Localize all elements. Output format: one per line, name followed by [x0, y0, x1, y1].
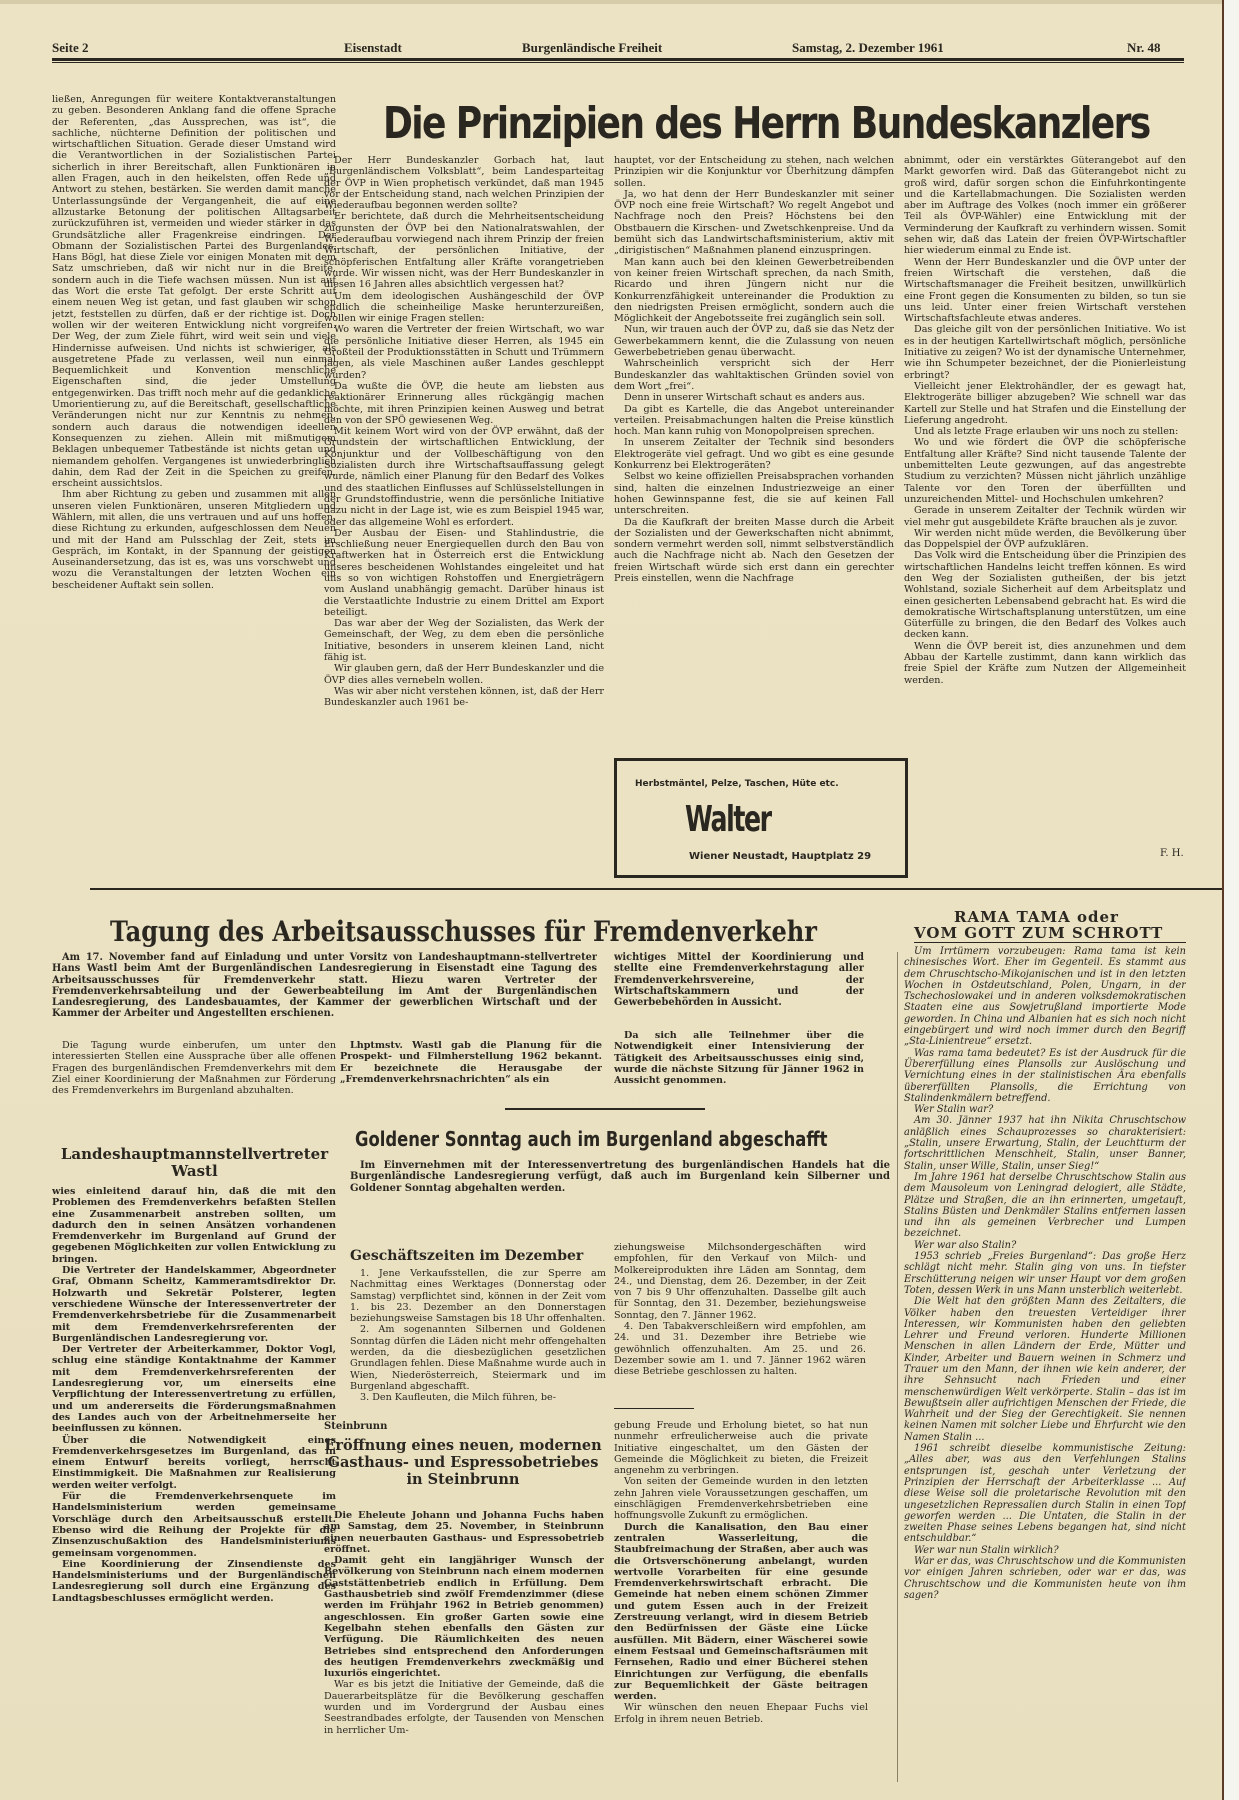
tagung-lead-right: wichtiges Mittel der Koordinierung und s… [614, 952, 864, 1012]
paragraph: Die Tagung wurde einberufen, um unter de… [52, 1040, 336, 1096]
paragraph: Ja, wo hat denn der Herr Bundeskanzler m… [614, 189, 894, 257]
bundeskanzler-column-1: Der Herr Bundeskanzler Gorbach hat, laut… [324, 155, 604, 855]
column-rule [897, 952, 898, 1782]
paragraph: Er berichtete, daß durch die Mehrheitsen… [324, 211, 604, 290]
paragraph: Für die Fremdenverkehrsenquete im Handel… [52, 1491, 336, 1559]
tagung-lead: Am 17. November fand auf Einladung und u… [52, 952, 597, 1034]
paragraph: Damit geht ein langjähriger Wunsch der B… [324, 1555, 604, 1679]
paragraph: Eine Koordinierung der Zinsendienste des… [52, 1559, 336, 1604]
subhead-geschaeftszeiten: Geschäftszeiten im Dezember [350, 1248, 583, 1264]
paragraph: Da wußte die ÖVP, die heute am liebsten … [324, 381, 604, 426]
headline-goldener-sonntag: Goldener Sonntag auch im Burgenland abge… [355, 1127, 781, 1151]
paragraph: ziehungsweise Milchsondergeschäften wird… [614, 1242, 866, 1321]
paragraph: Das war aber der Weg der Sozialisten, da… [324, 618, 604, 663]
steinbrunn-left-column: Die Eheleute Johann und Johanna Fuchs ha… [324, 1510, 604, 1788]
paragraph: Das Volk wird die Entscheidung über die … [904, 550, 1186, 640]
short-divider [505, 1108, 705, 1110]
section-divider [90, 888, 1222, 890]
tagung-body: wies einleitend darauf hin, daß die mit … [52, 1186, 336, 1780]
headline-tagung: Tagung des Arbeitsausschusses für Fremde… [110, 915, 729, 955]
newspaper-page: Seite 2 Eisenstadt Burgenländische Freih… [0, 0, 1239, 1800]
kicker-steinbrunn: Steinbrunn [324, 1421, 387, 1432]
headline-underline [914, 942, 1186, 943]
paragraph: Um Irrtümern vorzubeugen: Rama tama ist … [904, 946, 1186, 1048]
paragraph: 1953 schrieb „Freies Burgenland“: Das gr… [904, 1251, 1186, 1296]
paragraph: Von seiten der Gemeinde wurden in den le… [614, 1476, 868, 1521]
paragraph: War er das, was Chruschtschow und die Ko… [904, 1556, 1186, 1601]
paragraph: wichtiges Mittel der Koordinierung und s… [614, 952, 864, 1008]
paragraph: Wer Stalin war? [904, 1104, 1186, 1115]
paragraph: Lhptmstv. Wastl gab die Planung für die … [340, 1040, 602, 1085]
author-signature: F. H. [1160, 848, 1184, 859]
page-top-edge [0, 0, 1239, 4]
newspaper-name: Burgenländische Freiheit [522, 40, 662, 56]
paragraph: 4. Den Tabakverschleißern wird empfohlen… [614, 1321, 866, 1377]
paragraph: Der Vertreter der Arbeiterkammer, Doktor… [52, 1344, 336, 1434]
short-divider [614, 1408, 694, 1409]
advertisement-walter: Herbstmäntel, Pelze, Taschen, Hüte etc. … [614, 758, 908, 878]
paragraph: War es bis jetzt die Initiative der Geme… [324, 1679, 604, 1735]
paragraph: Gerade in unserem Zeitalter der Technik … [904, 505, 1186, 528]
goldener-lead: Im Einvernehmen mit der Interessenvertre… [350, 1160, 890, 1202]
paragraph: Am 17. November fand auf Einladung und u… [52, 952, 597, 1020]
paragraph: Wer war also Stalin? [904, 1240, 1186, 1251]
paragraph: abnimmt, oder ein verstärktes Güterangeb… [904, 155, 1186, 257]
paragraph: In unserem Zeitalter der Technik sind be… [614, 437, 894, 471]
paragraph: Vielleicht jener Elektrohändler, der es … [904, 381, 1186, 426]
paragraph: Im Einvernehmen mit der Interessenvertre… [350, 1160, 890, 1194]
tagung-middle: Lhptmstv. Wastl gab die Planung für die … [340, 1040, 602, 1090]
paragraph: Wahrscheinlich verspricht sich der Herr … [614, 358, 894, 392]
paragraph: Was wir aber nicht verstehen können, ist… [324, 686, 604, 709]
paragraph: Der Ausbau der Eisen- und Stahlindustrie… [324, 528, 604, 618]
subhead-wastl: Landeshauptmannstellvertreter Wastl [52, 1146, 337, 1180]
paragraph: gebung Freude und Erholung bietet, so ha… [614, 1420, 868, 1476]
bundeskanzler-column-2: hauptet, vor der Entscheidung zu stehen,… [614, 155, 894, 747]
tagung-intro: Die Tagung wurde einberufen, um unter de… [52, 1040, 336, 1140]
headline-vom-gott-zum-schrott: VOM GOTT ZUM SCHROTT [914, 924, 1163, 942]
tagung-right: Da sich alle Teilnehmer über die Notwend… [614, 1030, 864, 1090]
goldener-left-column: 1. Jene Verkaufsstellen, die zur Sperre … [350, 1268, 606, 1408]
goldener-right-column: ziehungsweise Milchsondergeschäften wird… [614, 1242, 866, 1402]
paragraph: 1. Jene Verkaufsstellen, die zur Sperre … [350, 1268, 606, 1324]
paragraph: Und als letzte Frage erlauben wir uns no… [904, 426, 1186, 437]
paragraph: Wenn die ÖVP bereit ist, dies anzunehmen… [904, 641, 1186, 686]
paragraph: Da die Kaufkraft der breiten Masse durch… [614, 517, 894, 585]
page-right-edge [1222, 0, 1239, 1800]
city: Eisenstadt [344, 40, 402, 56]
headline-bundeskanzler: Die Prinzipien des Herrn Bundeskanzlers [383, 95, 990, 155]
paragraph: Um dem ideologischen Aushängeschild der … [324, 291, 604, 325]
paragraph: Da sich alle Teilnehmer über die Notwend… [614, 1030, 864, 1086]
paragraph: wies einleitend darauf hin, daß die mit … [52, 1186, 336, 1265]
paragraph: hauptet, vor der Entscheidung zu stehen,… [614, 155, 894, 189]
headline-steinbrunn: Eröffnung eines neuen, modernen Gasthaus… [324, 1437, 602, 1488]
paragraph: Wir glauben gern, daß der Herr Bundeskan… [324, 663, 604, 686]
steinbrunn-right-column: gebung Freude und Erholung bietet, so ha… [614, 1420, 868, 1788]
paragraph: Die Vertreter der Handelskammer, Abgeord… [52, 1265, 336, 1344]
paragraph: Was rama tama bedeutet? Es ist der Ausdr… [904, 1048, 1186, 1104]
paragraph: Im Jahre 1961 hat derselbe Chruschtschow… [904, 1172, 1186, 1240]
paragraph: 1961 schreibt dieselbe kommunistische Ze… [904, 1443, 1186, 1545]
masthead: Seite 2 Eisenstadt Burgenländische Freih… [52, 40, 1184, 56]
paragraph: 2. Am sogenannten Silbernen und Goldenen… [350, 1324, 606, 1392]
paragraph: Am 30. Jänner 1937 hat ihn Nikita Chrusc… [904, 1115, 1186, 1171]
issue-number: Nr. 48 [1127, 40, 1160, 56]
masthead-rule [52, 58, 1184, 61]
ad-address: Wiener Neustadt, Hauptplatz 29 [689, 851, 871, 862]
paragraph: ließen, Anregungen für weitere Kontaktve… [52, 94, 336, 489]
page-number: Seite 2 [52, 40, 88, 56]
paragraph: Der Herr Bundeskanzler Gorbach hat, laut… [324, 155, 604, 211]
paragraph: Man kann auch bei den kleinen Gewerbetre… [614, 257, 894, 325]
ad-business-name: Walter [685, 799, 771, 840]
ad-tagline: Herbstmäntel, Pelze, Taschen, Hüte etc. [635, 779, 839, 789]
paragraph: Da gibt es Kartelle, die das Angebot unt… [614, 404, 894, 438]
masthead-rule-thin [52, 62, 1184, 63]
paragraph: Wenn der Herr Bundeskanzler und die ÖVP … [904, 257, 1186, 325]
paragraph: Wir werden nicht müde werden, die Bevölk… [904, 528, 1186, 551]
rama-tama-column: Um Irrtümern vorzubeugen: Rama tama ist … [904, 946, 1186, 1790]
paragraph: Wo waren die Vertreter der freien Wirtsc… [324, 324, 604, 380]
paragraph: 3. Den Kaufleuten, die Milch führen, be- [350, 1392, 606, 1403]
paragraph: Die Eheleute Johann und Johanna Fuchs ha… [324, 1510, 604, 1555]
paragraph: Über die Notwendigkeit eines Fremdenverk… [52, 1435, 336, 1491]
paragraph: Wer war nun Stalin wirklich? [904, 1545, 1186, 1556]
paragraph: Die Welt hat den größten Mann des Zeital… [904, 1296, 1186, 1443]
paragraph: Denn in unserer Wirtschaft schaut es and… [614, 392, 894, 403]
paragraph: Nun, wir trauen auch der ÖVP zu, daß sie… [614, 324, 894, 358]
paragraph: Mit keinem Wort wird von der ÖVP erwähnt… [324, 426, 604, 528]
paragraph: Wo und wie fördert die ÖVP die schöpferi… [904, 437, 1186, 505]
left-column-article: ließen, Anregungen für weitere Kontaktve… [52, 94, 336, 862]
paragraph: Wir wünschen den neuen Ehepaar Fuchs vie… [614, 1702, 868, 1725]
paragraph: Das gleiche gilt von der persönlichen In… [904, 324, 1186, 380]
issue-date: Samstag, 2. Dezember 1961 [792, 40, 944, 56]
paragraph: Ihm aber Richtung zu geben und zusammen … [52, 489, 336, 591]
paragraph: Selbst wo keine offiziellen Preisabsprac… [614, 471, 894, 516]
paragraph: Durch die Kanalisation, den Bau einer ze… [614, 1522, 868, 1703]
bundeskanzler-column-3: abnimmt, oder ein verstärktes Güterangeb… [904, 155, 1186, 845]
